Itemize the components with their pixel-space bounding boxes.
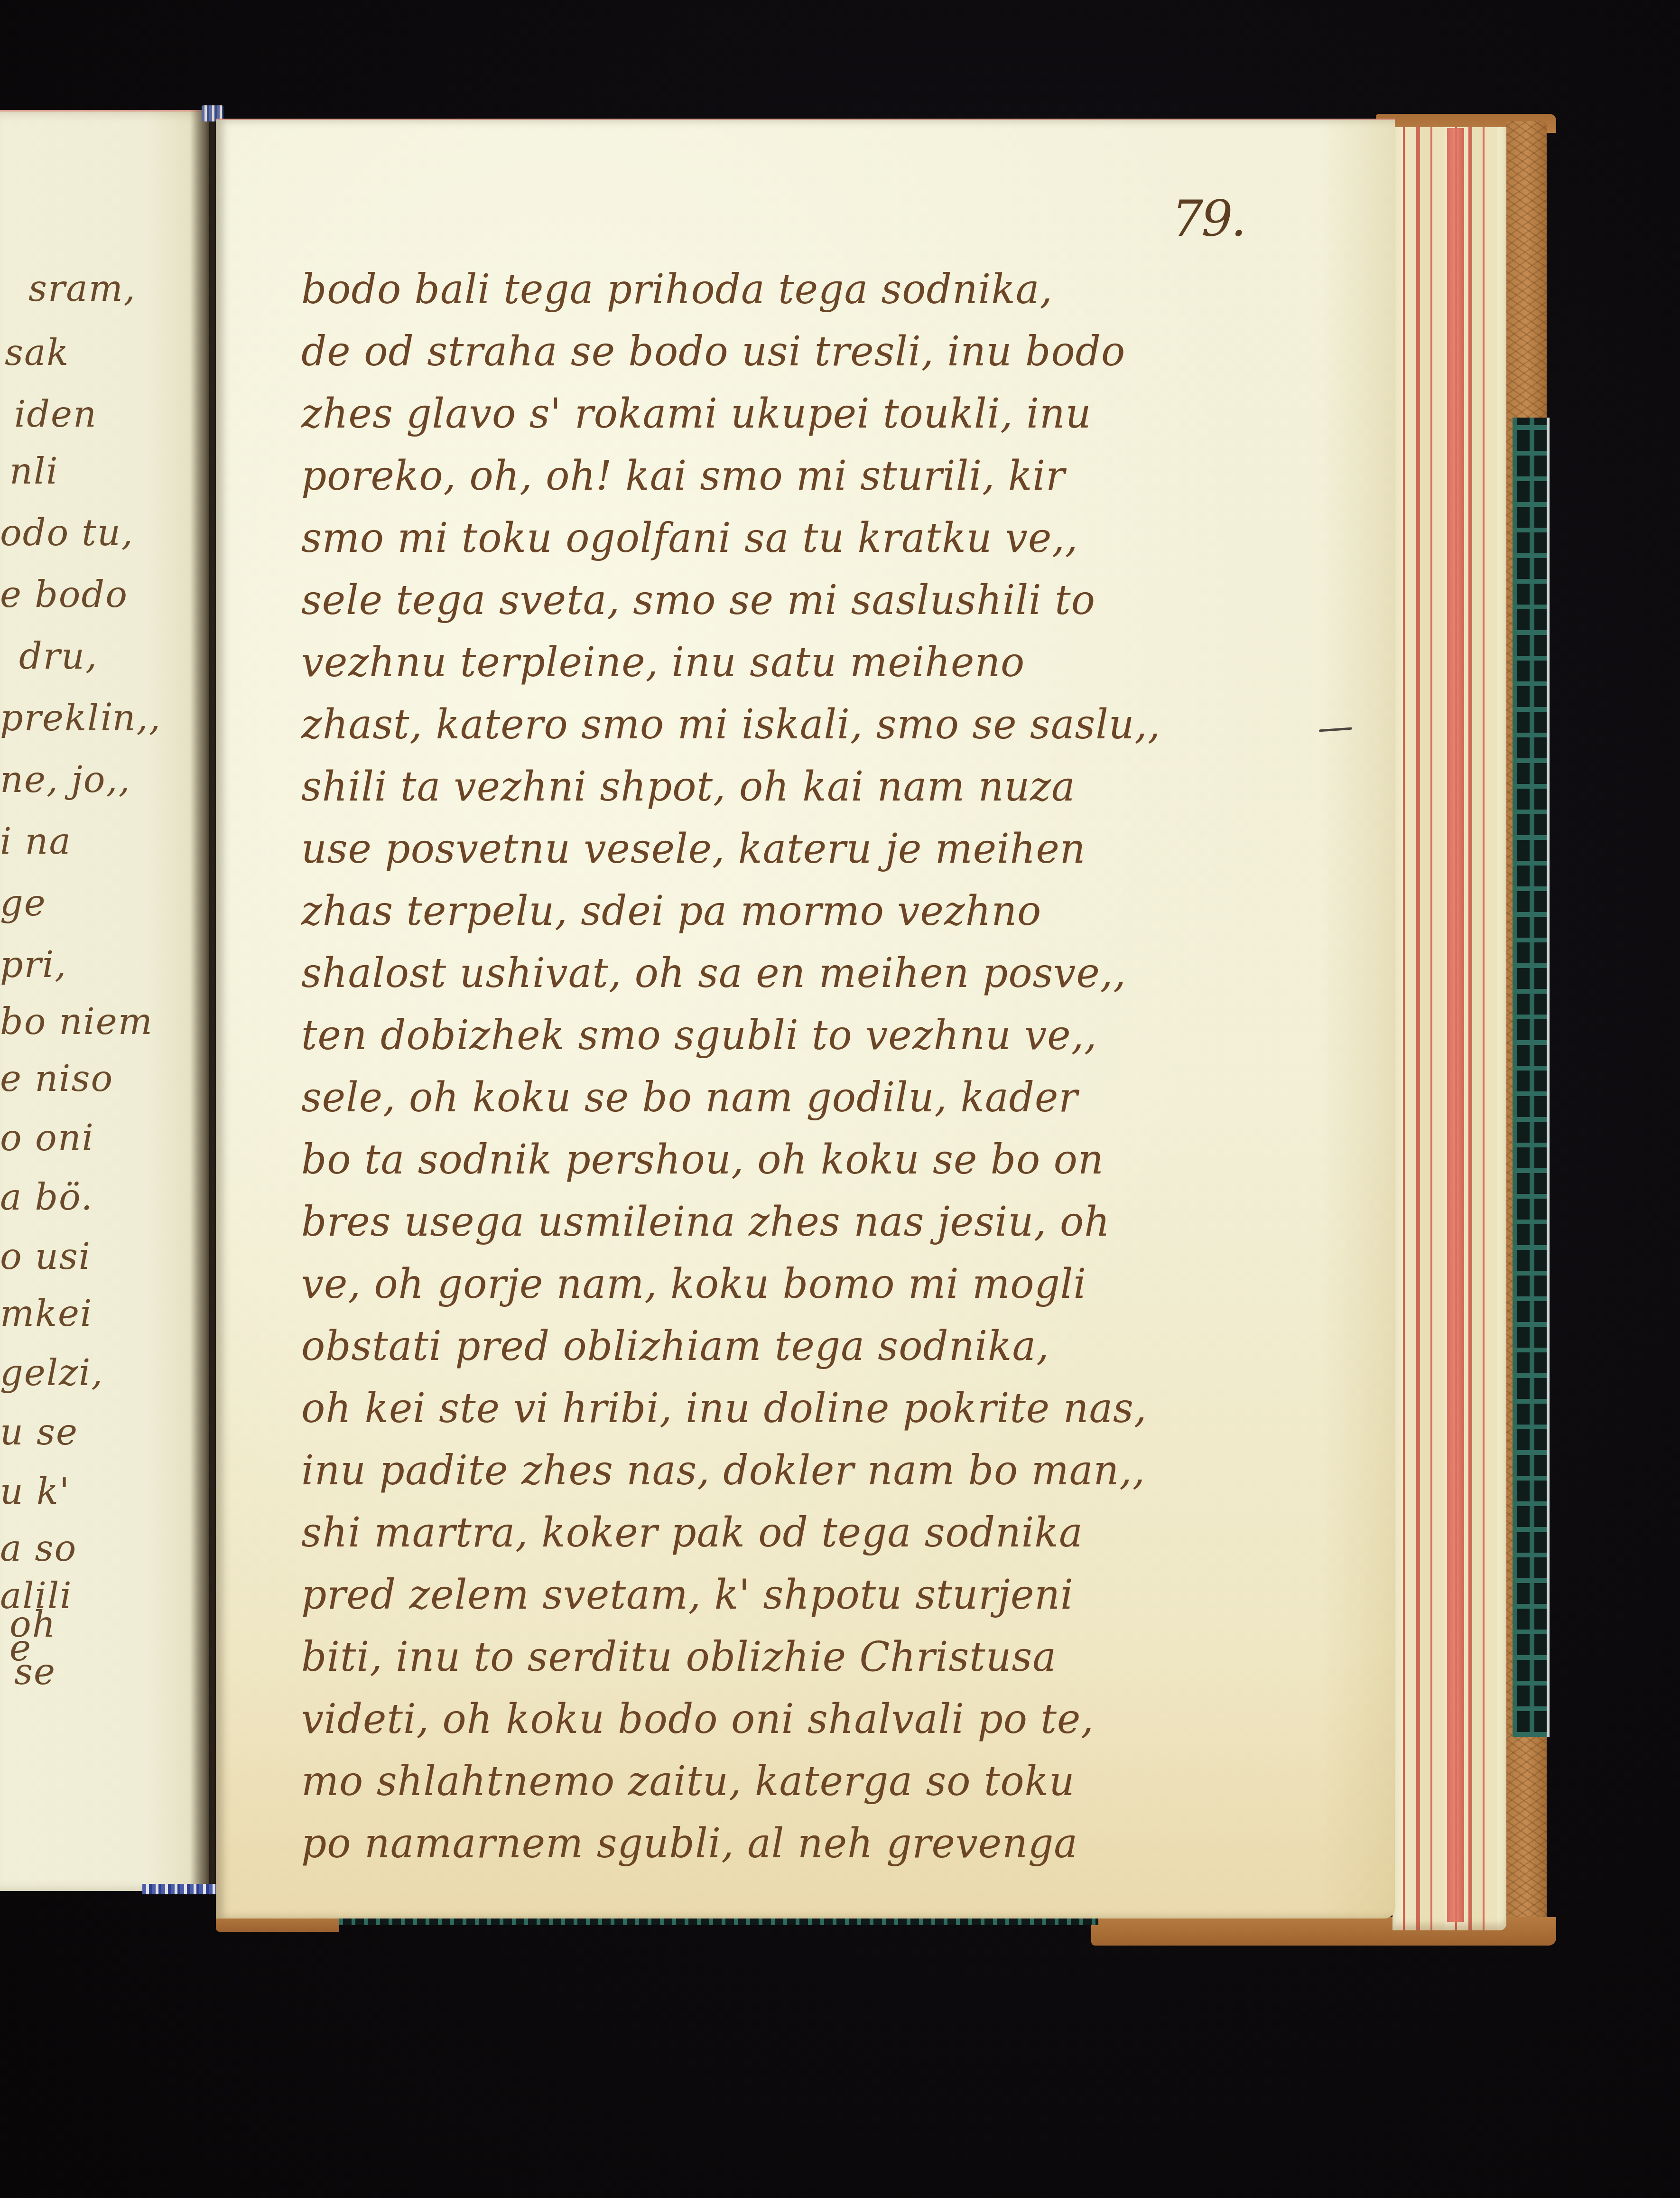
left-page-fragment: sram,: [28, 270, 136, 307]
left-page-fragment: ne, jo,,: [0, 762, 131, 798]
text-line: shili ta vezhni shpot, oh kai nam nuza: [301, 756, 1337, 818]
text-line: inu padite zhes nas, dokler nam bo man,,: [301, 1440, 1337, 1502]
left-page-fragment: sak: [5, 335, 69, 371]
text-line: sele, oh koku se bo nam godilu, kader: [301, 1067, 1337, 1129]
left-page-fragment: se: [14, 1654, 56, 1690]
left-page-fragment: i na: [0, 823, 72, 859]
left-page-fragment: dru,: [19, 638, 98, 674]
text-line: zhes glavo s' rokami ukupei toukli, inu: [301, 383, 1337, 445]
text-line: use posvetnu vesele, kateru je meihen: [301, 818, 1337, 880]
left-page-fragment: a bö.: [0, 1179, 93, 1215]
manuscript-text: bodo bali tega prihoda tega sodnika, de …: [301, 259, 1369, 1875]
text-line: ve, oh gorje nam, koku bomo mi mogli: [301, 1253, 1337, 1315]
text-line: obstati pred oblizhiam tega sodnika,: [301, 1315, 1337, 1378]
left-page-fragment: e niso: [0, 1061, 113, 1097]
left-page: sram, sak iden nli odo tu, e bodo dru, p…: [0, 110, 209, 1891]
left-page-fragment: a so: [0, 1530, 77, 1566]
left-page-fragment: gelzi,: [0, 1355, 103, 1391]
text-line: biti, inu to serditu oblizhie Christusa: [301, 1626, 1337, 1688]
tailband: [142, 1884, 223, 1894]
left-page-fragment: u k': [0, 1473, 70, 1509]
left-page-fragment: u se: [0, 1414, 78, 1450]
left-page-fragment: prekli̇n,,: [0, 700, 161, 736]
text-line: ten dobizhek smo sgubli to vezhnu ve,,: [301, 1005, 1337, 1067]
text-line: zhast, katero smo mi iskali, smo se sasl…: [301, 694, 1337, 756]
text-line: sele tega sveta, smo se mi saslushili to: [301, 569, 1337, 632]
gutter-shadow: [190, 110, 218, 1890]
marbled-cover-board: [1513, 418, 1550, 1737]
page-number: 79.: [1172, 190, 1244, 248]
left-page-fragment: nli: [9, 453, 59, 489]
text-line: po namarnem sgubli, al neh grevenga: [301, 1813, 1337, 1875]
text-line: bo ta sodnik pershou, oh koku se bo on: [301, 1129, 1337, 1191]
text-line: bres usega usmileina zhes nas jesiu, oh: [301, 1191, 1337, 1253]
left-page-fragment: iden: [14, 396, 97, 432]
text-line: pred zelem svetam, k' shpotu sturjeni: [301, 1564, 1337, 1626]
left-page-fragment: odo tu,: [0, 515, 134, 551]
text-line: shi martra, koker pak od tega sodnika: [301, 1502, 1337, 1564]
left-page-fragment: bo niem: [0, 1004, 153, 1040]
text-line: poreko, oh, oh! kai smo mi sturili, kir: [301, 445, 1337, 507]
red-edge-gilding: [1447, 128, 1464, 1922]
text-line: zhas terpelu, sdei pa mormo vezhno: [301, 880, 1337, 942]
text-line: mo shlahtnemo zaitu, katerga so toku: [301, 1751, 1337, 1813]
text-line: oh kei ste vi hribi, inu doline pokrite …: [301, 1378, 1337, 1440]
text-line: bodo bali tega prihoda tega sodnika,: [301, 259, 1337, 321]
left-page-fragment: ge: [0, 885, 46, 921]
text-line: shalost ushivat, oh sa en meihen posve,,: [301, 942, 1337, 1005]
left-page-fragment: e bodo: [0, 577, 128, 613]
text-line: smo mi toku ogolfani sa tu kratku ve,,: [301, 507, 1337, 569]
text-line: videti, oh koku bodo oni shalvali po te,: [301, 1688, 1337, 1751]
left-page-fragment: o oni: [0, 1120, 94, 1156]
text-line: vezhnu terpleine, inu satu meiheno: [301, 632, 1337, 694]
left-page-fragment: pri,: [0, 947, 67, 983]
left-page-fragment: mkei: [0, 1295, 93, 1332]
text-line: de od straha se bodo usi tresli, inu bod…: [301, 321, 1337, 383]
left-page-fragment: o usi: [0, 1239, 91, 1275]
